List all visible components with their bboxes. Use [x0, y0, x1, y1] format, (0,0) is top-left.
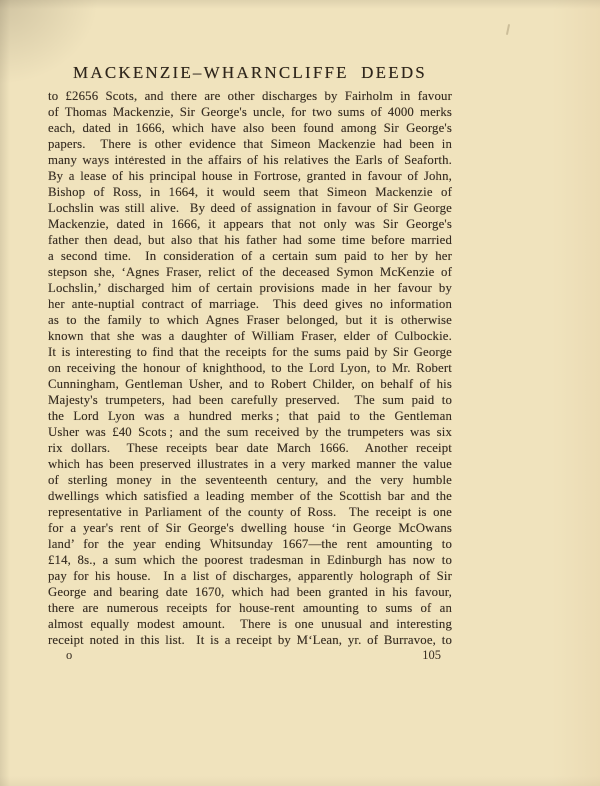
body-line: of sterling money in the seventeenth cen…	[48, 472, 452, 488]
body-line: rix dollars. These receipts bear date Ma…	[48, 440, 452, 456]
body-line: dwellings which satisfied a leading memb…	[48, 488, 452, 504]
body-line: Usher was £40 Scots ; and the sum receiv…	[48, 424, 452, 440]
body-line: Mackenzie, dated in 1666, it appears tha…	[48, 216, 452, 232]
body-line: George and bearing date 1670, which had …	[48, 584, 452, 600]
body-line: Cunningham, Gentleman Usher, and to Robe…	[48, 376, 452, 392]
body-line: to £2656 Scots, and there are other disc…	[48, 88, 452, 104]
body-line: each, dated in 1666, which have also bee…	[48, 120, 452, 136]
body-line: father then dead, but also that his fath…	[48, 232, 452, 248]
body-line: on receiving the honour of knighthood, t…	[48, 360, 452, 376]
body-line: known that she was a daughter of William…	[48, 328, 452, 344]
body-line: representative in Parliament of the coun…	[48, 504, 452, 520]
body-line: Lochslin was still alive. By deed of ass…	[48, 200, 452, 216]
body-line: Lochslin,’ discharged him of certain pro…	[48, 280, 452, 296]
body-line: £14, 8s., a sum which the poorest trades…	[48, 552, 452, 568]
body-line: pay for his house. In a list of discharg…	[48, 568, 452, 584]
body-line: stepson she, ‘Agnes Fraser, relict of th…	[48, 264, 452, 280]
body-line: papers. There is other evidence that Sim…	[48, 136, 452, 152]
body-line: her ante-nuptial contract of marriage. T…	[48, 296, 452, 312]
page-number: 105	[422, 647, 441, 663]
body-line: there are numerous receipts for house-re…	[48, 600, 452, 616]
body-line: of Thomas Mackenzie, Sir George's uncle,…	[48, 104, 452, 120]
body-line: the Lord Lyon was a hundred merks ; that…	[48, 408, 452, 424]
body-line: for a year's rent of Sir George's dwelli…	[48, 520, 452, 536]
page-footer: o 105	[48, 647, 452, 663]
body-line: as to the family to which Agnes Fraser b…	[48, 312, 452, 328]
body-line: many ways interested in the affairs of h…	[48, 152, 452, 168]
body-line: Majesty's trumpeters, had been carefully…	[48, 392, 452, 408]
body-line: It is interesting to find that the recei…	[48, 344, 452, 360]
page-body: to £2656 Scots, and there are other disc…	[48, 88, 452, 648]
book-page: MACKENZIE–WHARNCLIFFE DEEDS to £2656 Sco…	[0, 0, 600, 786]
page-title: MACKENZIE–WHARNCLIFFE DEEDS	[48, 63, 452, 83]
signature-mark: o	[66, 647, 72, 663]
body-line: which has been preserved illustrates in …	[48, 456, 452, 472]
body-line: receipt noted in this list. It is a rece…	[48, 632, 452, 648]
body-line: land’ for the year ending Whitsunday 166…	[48, 536, 452, 552]
body-line: Bishop of Ross, in 1664, it would seem t…	[48, 184, 452, 200]
body-line: almost equally modest amount. There is o…	[48, 616, 452, 632]
body-line: By a lease of his principal house in For…	[48, 168, 452, 184]
body-line: a second time. In consideration of a cer…	[48, 248, 452, 264]
paper-speck	[506, 24, 510, 35]
